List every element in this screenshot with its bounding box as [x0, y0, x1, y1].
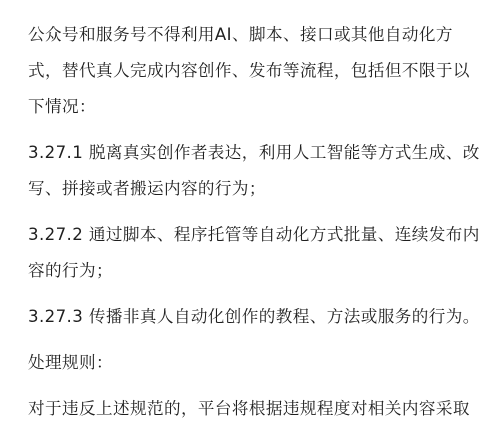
intro-paragraph: 公众号和服务号不得利用AI、脚本、接口或其他自动化方式，替代真人完成内容创作、发…: [28, 17, 480, 125]
handling-rules-heading: 处理规则：: [28, 345, 480, 381]
clause-3-27-3: 3.27.3 传播非真人自动化创作的教程、方法或服务的行为。: [28, 299, 480, 335]
clause-3-27-1: 3.27.1 脱离真实创作者表达，利用人工智能等方式生成、改写、拼接或者搬运内容…: [28, 135, 480, 207]
clause-3-27-2: 3.27.2 通过脚本、程序托管等自动化方式批量、连续发布内容的行为；: [28, 217, 480, 289]
handling-rules-body: 对于违反上述规范的，平台将根据违规程度对相关内容采取: [28, 391, 480, 427]
document-body: 公众号和服务号不得利用AI、脚本、接口或其他自动化方式，替代真人完成内容创作、发…: [28, 17, 480, 435]
